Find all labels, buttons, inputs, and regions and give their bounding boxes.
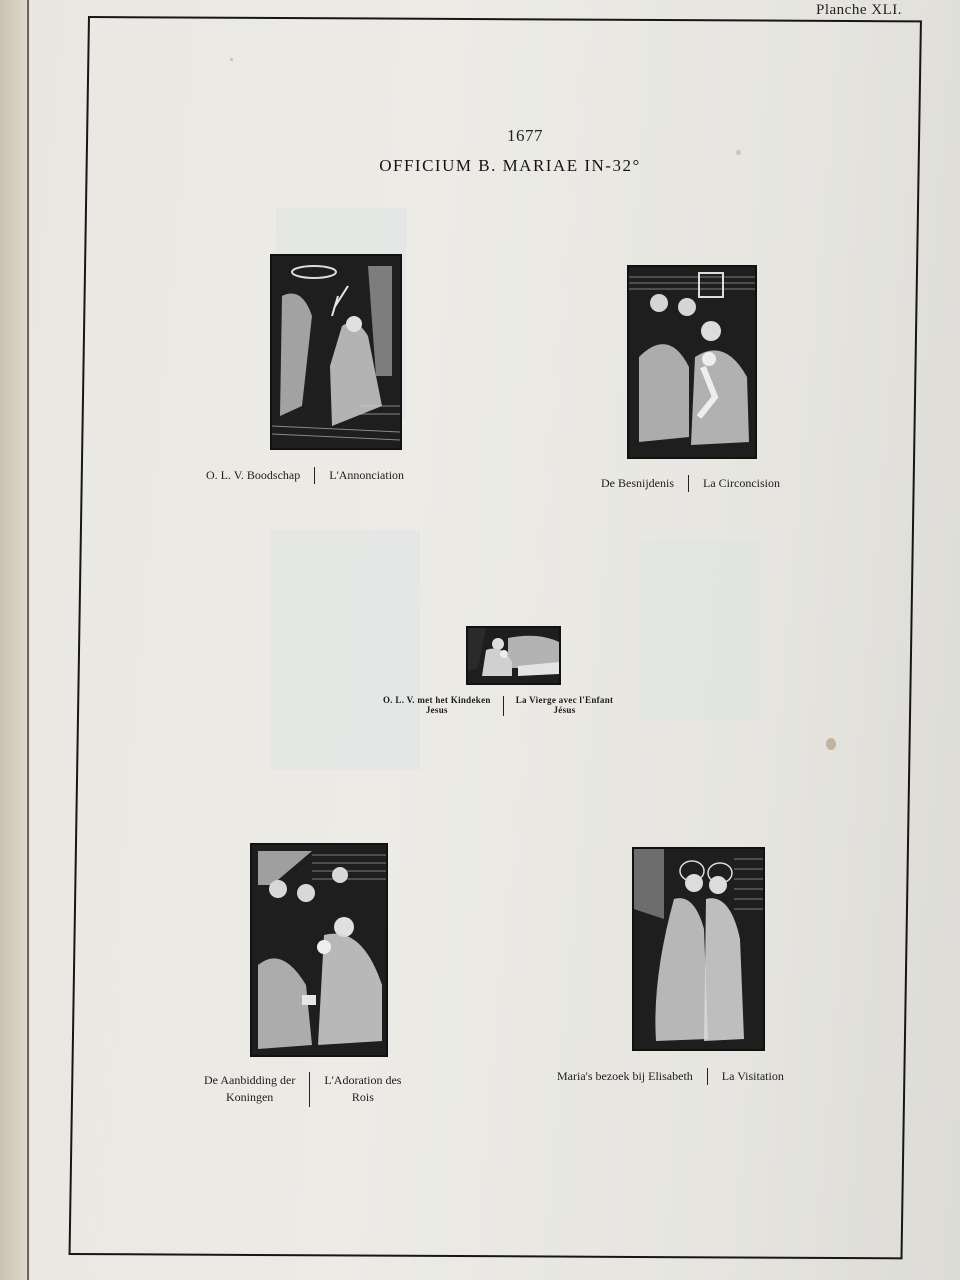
caption-separator <box>688 475 689 492</box>
caption-visitation: Maria's bezoek bij Elisabeth La Visitati… <box>557 1068 784 1085</box>
woodcut-adoration <box>250 843 388 1057</box>
caption-french: L'Annonciation <box>329 467 404 484</box>
caption-separator <box>309 1072 310 1107</box>
caption-separator <box>707 1068 708 1085</box>
caption-french: L'Adoration des Rois <box>324 1072 401 1107</box>
caption-french-line2: Rois <box>352 1090 374 1104</box>
caption-virgin-and-child: O. L. V. met het Kindeken Jesus La Vierg… <box>383 696 613 716</box>
spine-edge <box>27 0 29 1280</box>
foxing-stain <box>230 58 233 61</box>
caption-french: La Vierge avec l'Enfant Jésus <box>516 696 614 716</box>
caption-dutch: De Aanbidding der Koningen <box>204 1072 295 1107</box>
woodcut-visitation <box>632 847 765 1051</box>
offset-shadow <box>640 540 760 720</box>
foxing-stain <box>736 150 741 155</box>
caption-dutch-line1: O. L. V. met het Kindeken <box>383 695 491 705</box>
caption-dutch-line1: De Aanbidding der <box>204 1073 295 1087</box>
offset-shadow <box>270 530 420 770</box>
plate-year: 1677 <box>0 126 960 146</box>
woodcut-circumcision <box>627 265 757 459</box>
caption-annunciation: O. L. V. Boodschap L'Annonciation <box>206 467 404 484</box>
woodcut-annunciation <box>270 254 402 450</box>
plate-title: OFFICIUM B. MARIAE IN-32° <box>0 156 960 176</box>
foxing-stain <box>826 738 836 750</box>
caption-dutch: Maria's bezoek bij Elisabeth <box>557 1068 693 1085</box>
caption-dutch: O. L. V. Boodschap <box>206 467 300 484</box>
caption-separator <box>503 696 504 716</box>
caption-dutch: De Besnijdenis <box>601 475 674 492</box>
caption-adoration: De Aanbidding der Koningen L'Adoration d… <box>204 1072 401 1107</box>
caption-dutch-line2: Jesus <box>426 705 448 715</box>
woodcut-virgin-and-child <box>466 626 561 685</box>
caption-french-line1: La Vierge avec l'Enfant <box>516 695 614 705</box>
book-spine <box>0 0 30 1280</box>
caption-dutch: O. L. V. met het Kindeken Jesus <box>383 696 491 716</box>
caption-french-line2: Jésus <box>554 705 576 715</box>
caption-separator <box>314 467 315 484</box>
caption-dutch-line2: Koningen <box>226 1090 273 1104</box>
caption-french-line1: L'Adoration des <box>324 1073 401 1087</box>
caption-circumcision: De Besnijdenis La Circoncision <box>601 475 780 492</box>
caption-french: La Circoncision <box>703 475 780 492</box>
caption-french: La Visitation <box>722 1068 784 1085</box>
running-head: Planche XLI. <box>816 2 902 19</box>
